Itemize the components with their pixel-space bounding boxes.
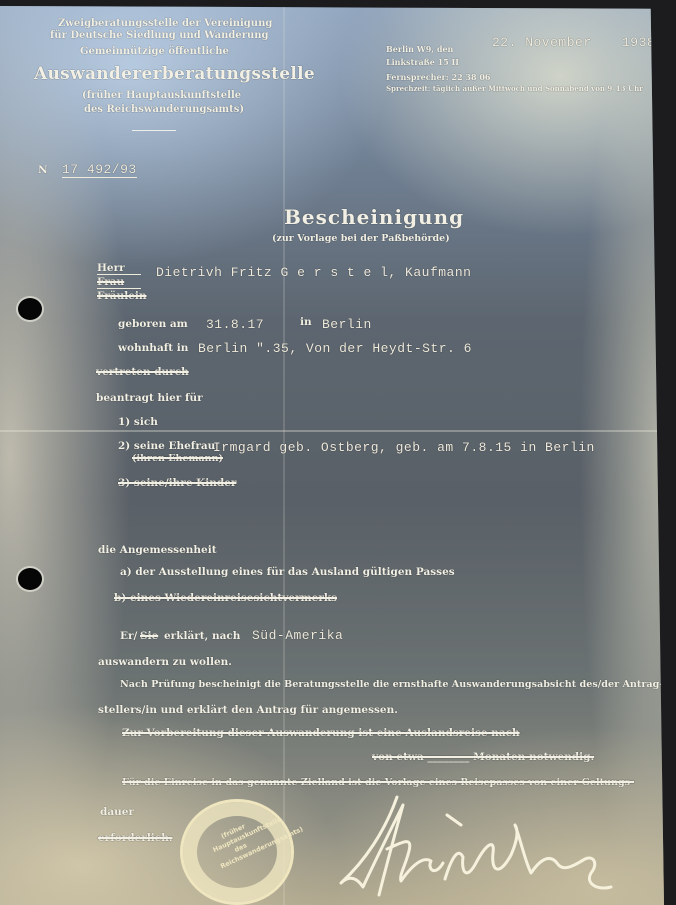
certification-line-1: Nach Prüfung bescheinigt die Beratungsst… <box>120 679 663 690</box>
punch-hole <box>18 568 42 590</box>
date-year: 1938 <box>622 35 655 50</box>
application-item-1: 1) sich <box>118 416 158 428</box>
struck-clause: erforderlich. <box>98 832 172 844</box>
born-label: geboren am <box>118 318 188 330</box>
declares-label: erklärt, nach <box>164 630 240 642</box>
struck-clause: Für die Einreise in das genannte Ziellan… <box>122 777 634 788</box>
letterhead-line: Zweigberatungsstelle der Vereinigung <box>58 18 272 29</box>
stamp-center-text: (früher Hauptauskunftstelle des Reichswa… <box>208 817 270 872</box>
date-day-month: 22. November <box>492 35 592 50</box>
struck-clause: Zur Vorbereitung dieser Auswanderung ist… <box>122 727 520 739</box>
signature: Schreiner <box>335 791 625 901</box>
in-label: in <box>300 316 312 328</box>
spouse-details: Irmgard geb. Ostberg, geb. am 7.8.15 in … <box>213 440 595 455</box>
residence-label: wohnhaft in <box>118 342 188 354</box>
application-item-3: 3) seine/ihre Kinder <box>118 477 236 489</box>
organization-name: Auswandererberatungsstelle <box>34 64 315 84</box>
reference-prefix: N <box>38 164 48 176</box>
she-label: Sie <box>140 630 158 642</box>
office-hours: Sprechzeit: täglich außer Mittwoch und S… <box>386 84 643 93</box>
application-item-2-alt: (ihren Ehemann) <box>132 453 223 464</box>
struck-clause: dauer <box>100 806 134 818</box>
destination: Süd-Amerika <box>252 628 343 643</box>
letterhead-line: für Deutsche Siedlung und Wanderung <box>50 30 269 41</box>
official-stamp: (früher Hauptauskunftstelle des Reichswa… <box>180 799 294 905</box>
fold-line <box>283 6 285 905</box>
salutation-frau: Frau <box>97 276 141 289</box>
emigrate-text: auswandern zu wollen. <box>98 656 232 668</box>
letterhead-line: des Reichswanderungsamts) <box>84 104 244 115</box>
residence-address: Berlin ".35, Von der Heydt-Str. 6 <box>198 341 472 356</box>
application-intro: beantragt hier für <box>96 392 203 404</box>
applicant-name: Dietrivh Fritz G e r s t e l, Kaufmann <box>156 265 471 280</box>
appropriateness-item-a: a) der Ausstellung eines für das Ausland… <box>120 566 455 578</box>
fold-line <box>0 430 664 432</box>
application-item-2: 2) seine Ehefrau <box>118 440 215 452</box>
punch-hole <box>18 298 42 320</box>
he-label: Er/ <box>120 630 137 642</box>
appropriateness-intro: die Angemessenheit <box>98 544 217 556</box>
certification-line-2: stellers/in und erklärt den Antrag für a… <box>98 704 398 716</box>
place-prefix: Berlin W9, den <box>386 44 453 54</box>
document-subtitle: (zur Vorlage bei der Paßbehörde) <box>272 233 450 244</box>
street-address: Linkstraße 15 II <box>386 57 459 67</box>
birth-place: Berlin <box>322 317 372 332</box>
divider <box>132 130 176 131</box>
phone-number: Fernsprecher: 22 38 06 <box>386 72 490 82</box>
letterhead-line: Gemeinnützige öffentliche <box>80 46 229 57</box>
document-title: Bescheinigung <box>284 205 464 229</box>
birth-date: 31.8.17 <box>206 317 264 332</box>
letterhead-line: (früher Hauptauskunftstelle <box>82 90 241 101</box>
struck-clause: von etwa ________ Monaten notwendig. <box>372 751 594 763</box>
appropriateness-item-b: b) eines Wiedereinreisesichtvermerks <box>114 592 337 604</box>
salutation-fraeulein: Fräulein <box>97 290 147 302</box>
represented-by-label: vertreten durch <box>96 366 189 378</box>
salutation-herr: Herr <box>97 262 141 275</box>
document-paper: Zweigberatungsstelle der Vereinigung für… <box>0 6 664 905</box>
reference-number: 17 492/93 <box>62 162 137 178</box>
